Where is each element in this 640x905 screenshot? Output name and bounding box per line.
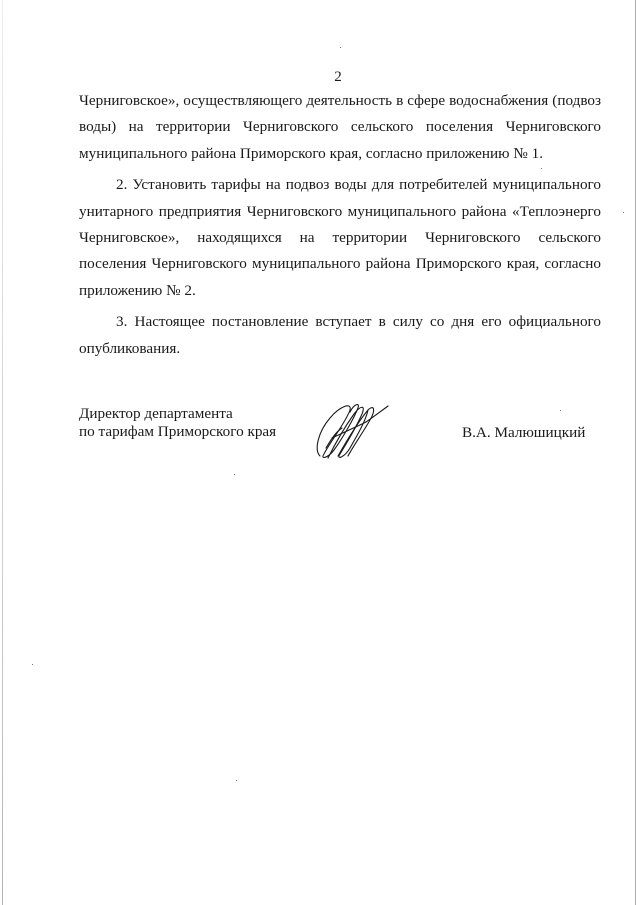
page-number: 2 [0,68,640,86]
handwritten-signature-icon [310,398,390,462]
scan-speck [236,780,237,781]
scan-speck [234,474,235,475]
scan-speck [32,664,33,665]
signer-name: В.А. Малюшицкий [462,424,585,442]
signer-title-line-1: Директор департамента [79,405,276,423]
scan-speck [623,212,624,213]
signer-title: Директор департамента по тарифам Приморс… [79,405,276,441]
scan-speck [560,410,561,411]
scan-speck [340,47,341,48]
paragraph-item-3: 3. Настоящее постановление вступает в си… [79,309,601,362]
document-body: Черниговское», осуществляющего деятельно… [79,88,601,362]
scan-speck [541,168,542,169]
scan-edge-right [635,0,636,905]
signer-title-line-2: по тарифам Приморского края [79,423,276,441]
signature-block: Директор департамента по тарифам Приморс… [79,404,599,464]
document-page: 2 Черниговское», осуществляющего деятель… [0,0,640,905]
paragraph-continuation: Черниговское», осуществляющего деятельно… [79,88,601,167]
paragraph-item-2: 2. Установить тарифы на подвоз воды для … [79,172,601,304]
scan-edge-left [2,0,3,905]
